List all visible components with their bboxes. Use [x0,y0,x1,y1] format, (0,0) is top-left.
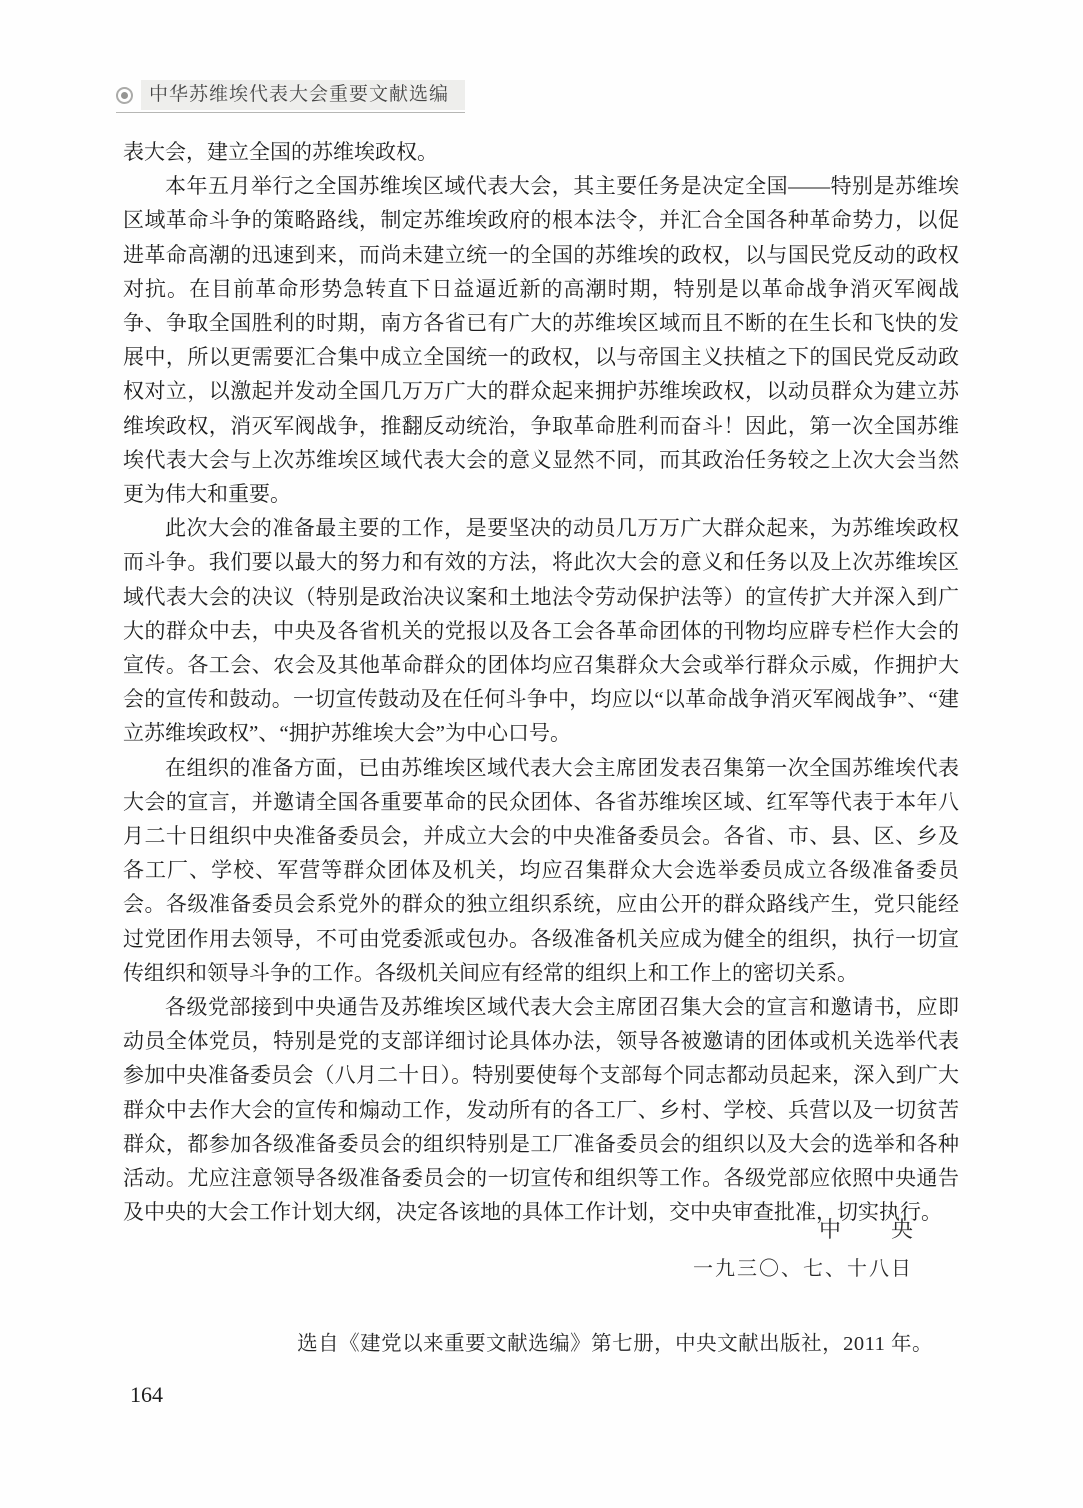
paragraph: 各级党部接到中央通告及苏维埃区域代表大会主席团召集大会的宣言和邀请书，应即动员全… [123,990,959,1229]
book-page: 中华苏维埃代表大会重要文献选编 表大会，建立全国的苏维埃政权。本年五月举行之全国… [0,0,1083,1508]
bullet-circle-icon [116,87,133,104]
source-note: 选自《建党以来重要文献选编》第七册，中央文献出版社，2011 年。 [123,1326,959,1356]
series-title: 中华苏维埃代表大会重要文献选编 [141,80,465,110]
paragraph: 表大会，建立全国的苏维埃政权。 [123,135,959,169]
closing-block: 中 央 一九三〇、七、十八日 [123,1217,959,1281]
page-number: 164 [130,1382,163,1408]
signature-date: 一九三〇、七、十八日 [123,1257,959,1281]
paragraph: 此次大会的准备最主要的工作，是要坚决的动员几万万广大群众起来，为苏维埃政权而斗争… [123,511,959,750]
paragraph: 在组织的准备方面，已由苏维埃区域代表大会主席团发表召集第一次全国苏维埃代表大会的… [123,751,959,990]
running-header: 中华苏维埃代表大会重要文献选编 [116,80,465,113]
paragraph: 本年五月举行之全国苏维埃区域代表大会，其主要任务是决定全国——特别是苏维埃区域革… [123,169,959,511]
document-body: 表大会，建立全国的苏维埃政权。本年五月举行之全国苏维埃区域代表大会，其主要任务是… [123,135,959,1230]
signature: 中 央 [123,1217,959,1243]
